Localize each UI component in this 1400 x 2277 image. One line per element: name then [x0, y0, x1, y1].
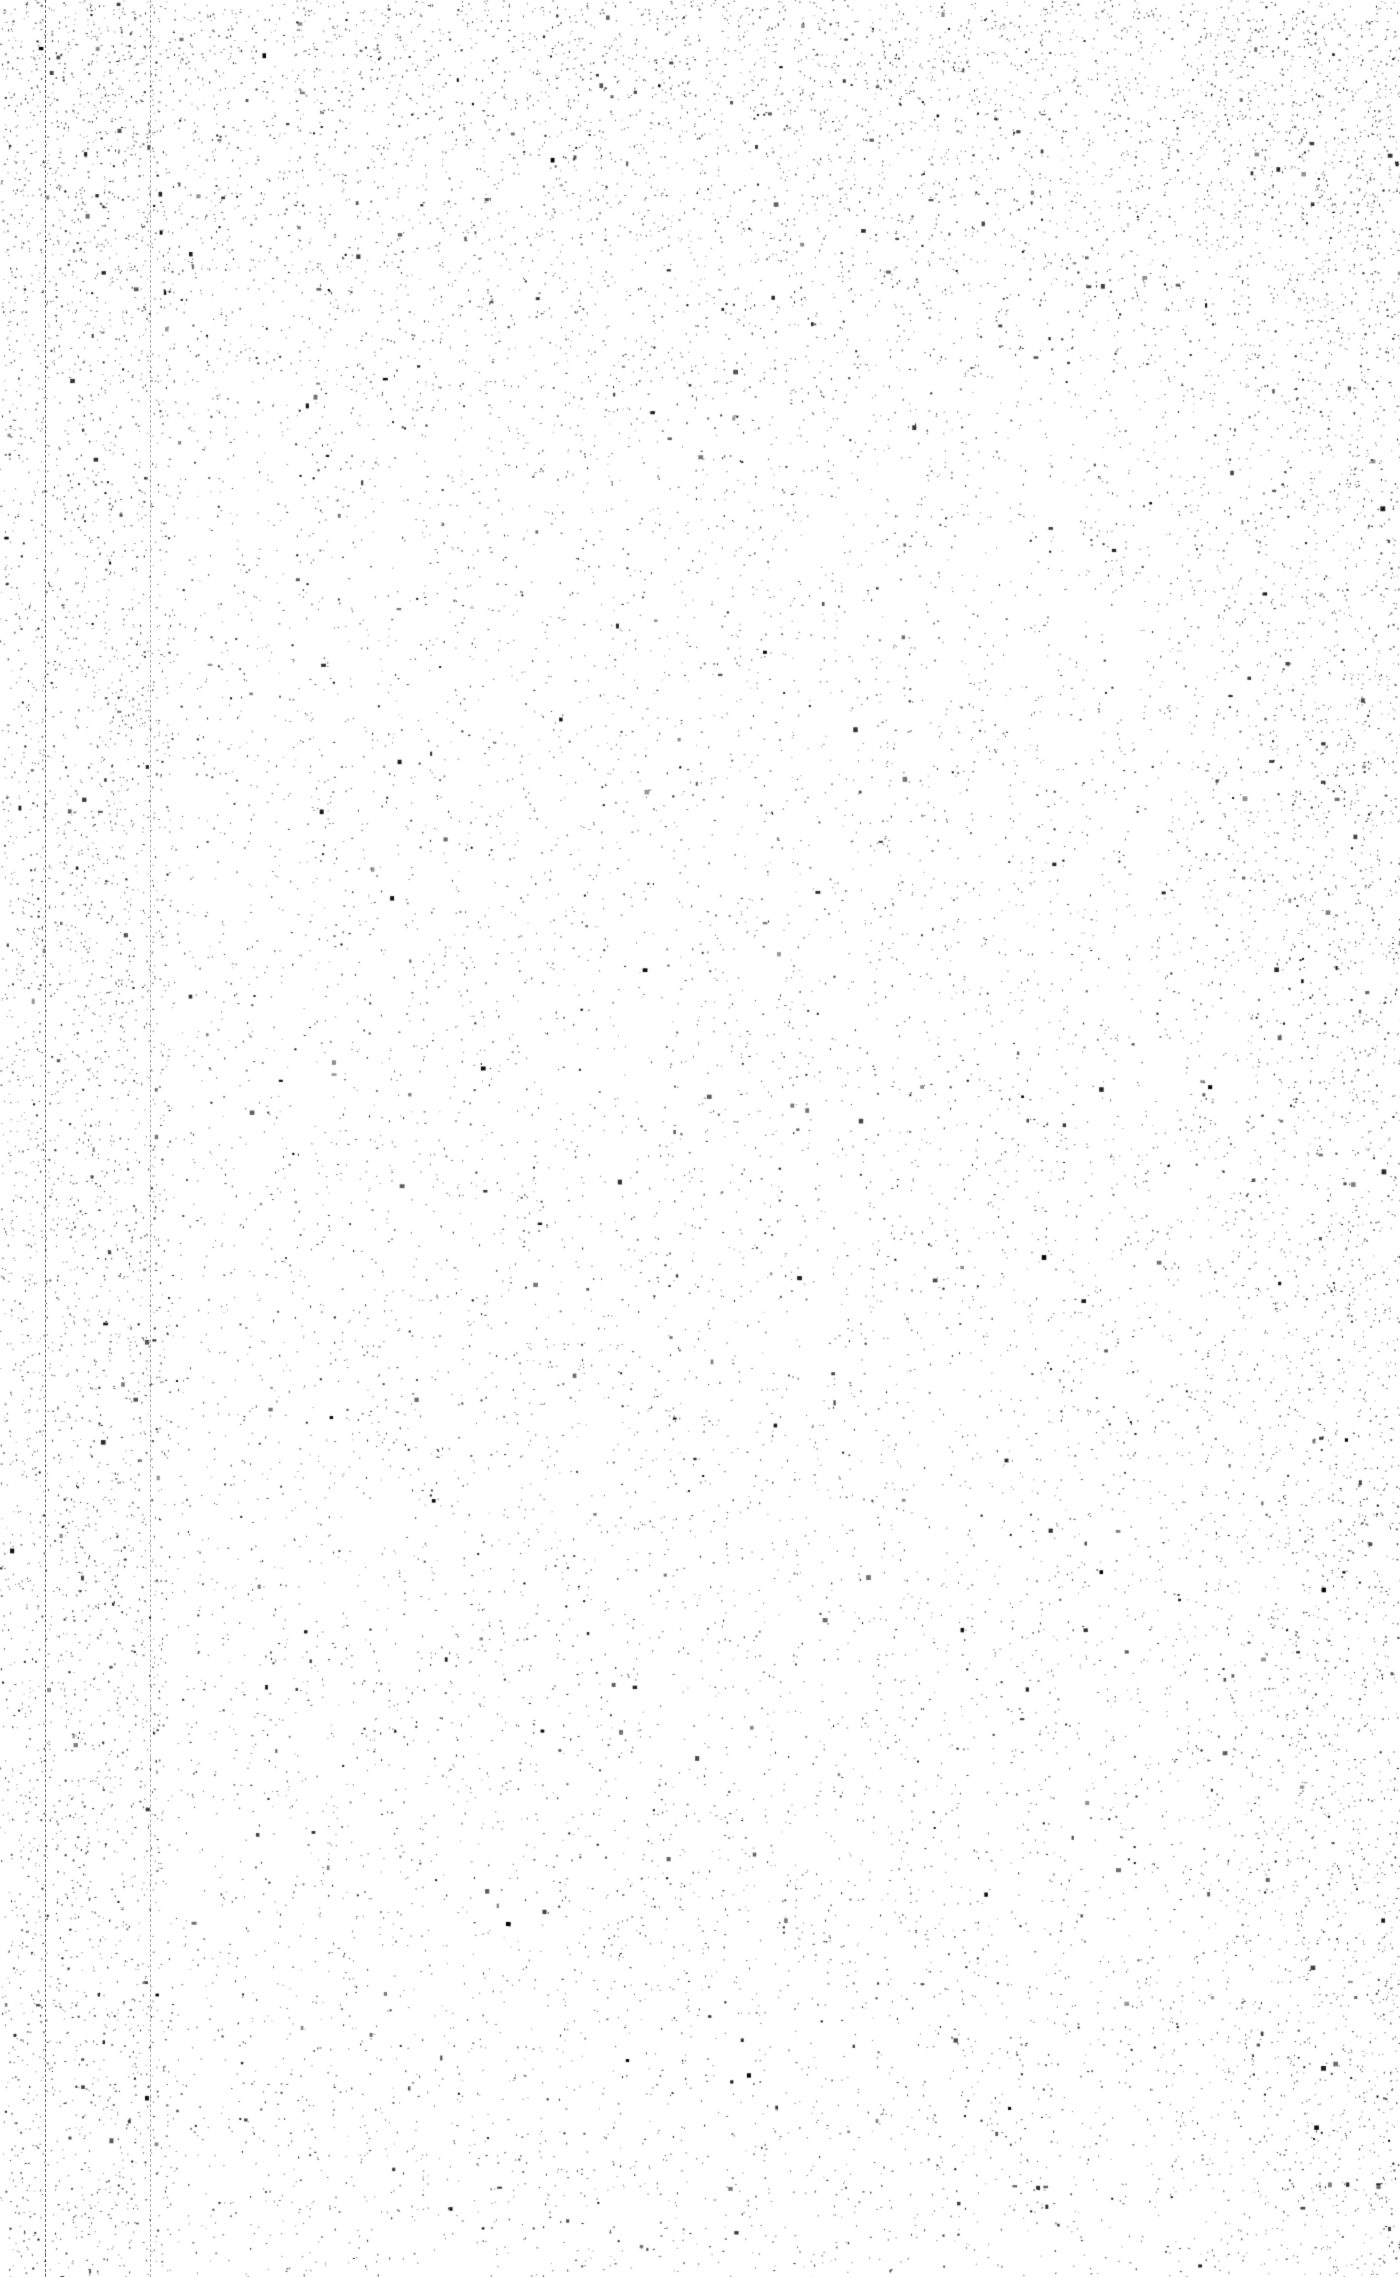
binding-margin-line — [45, 0, 46, 2277]
scanned-page: Blank scanned page with speckle noise — [0, 0, 1400, 2277]
page-margin-line — [150, 0, 151, 2277]
scan-speckle-noise — [0, 0, 1400, 2277]
